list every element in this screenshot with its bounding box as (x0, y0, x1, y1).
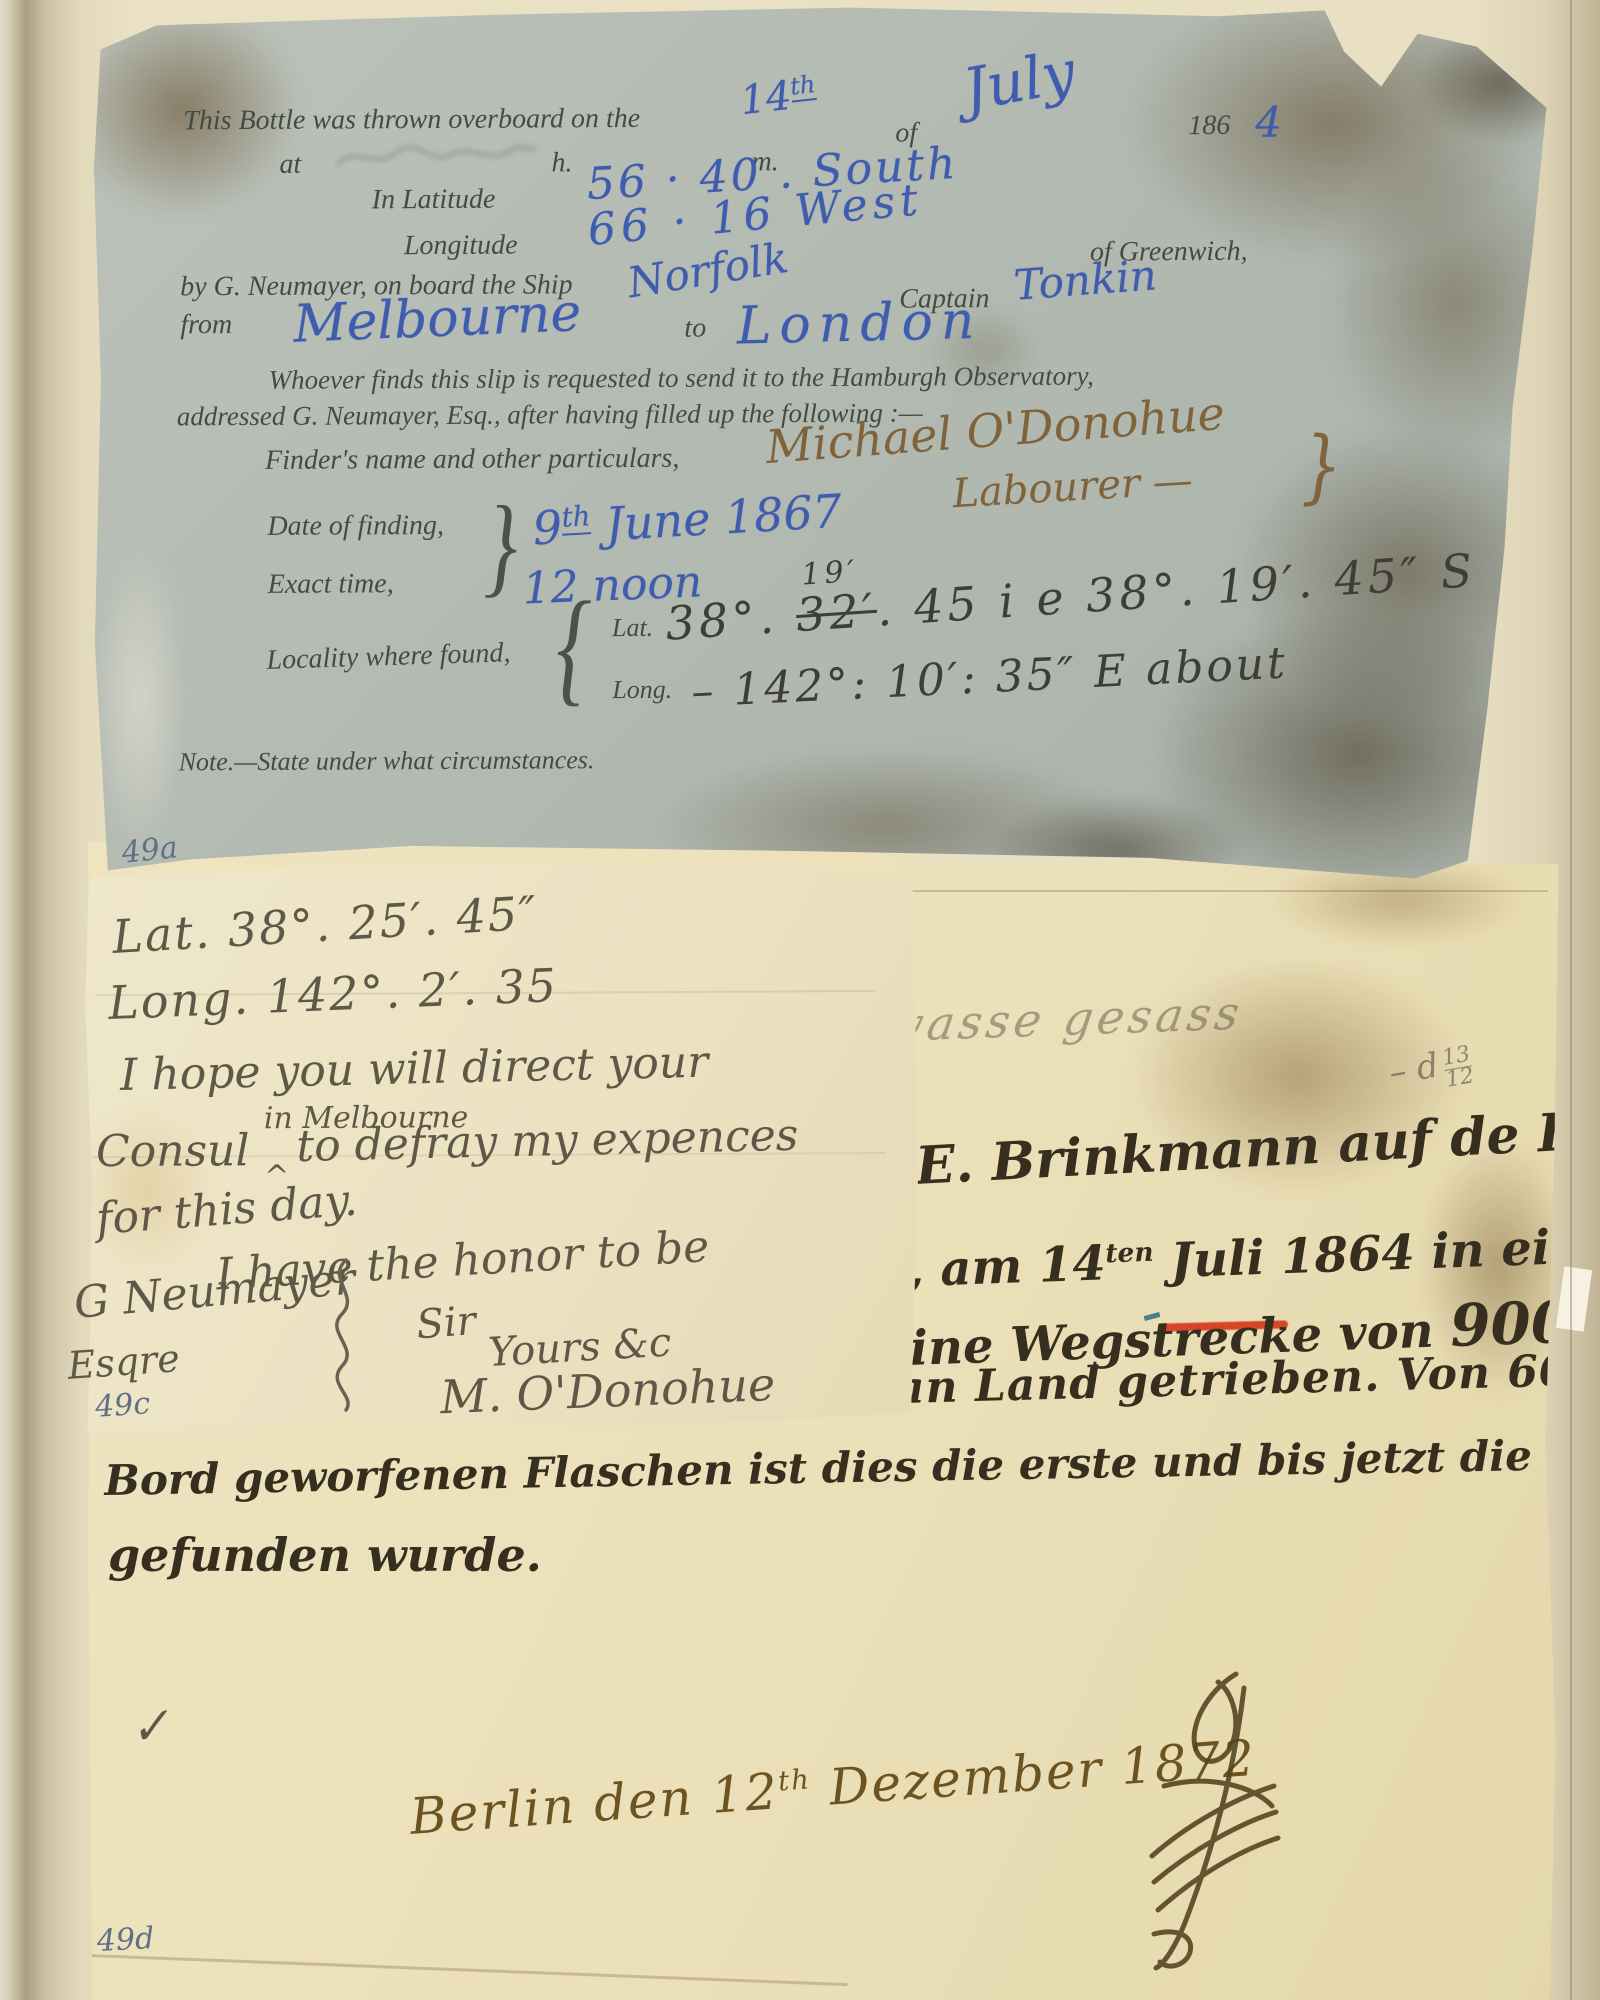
handwritten-year-digit: 4 (1255, 98, 1282, 147)
stain (1323, 142, 1585, 463)
printed-year: 186 (1188, 110, 1230, 142)
bottle-slip-form: This Bottle was thrown overboard on the … (83, 2, 1563, 890)
finder-occupation: Labourer — (951, 457, 1194, 517)
found-lat-label: Lat. (612, 613, 653, 643)
locality-label: Locality where found, (266, 637, 511, 677)
archive-label-49a: 49a (120, 830, 179, 871)
note-body-line-1: I hope you will direct your (119, 1037, 708, 1101)
latitude-label: In Latitude (372, 184, 496, 217)
longitude-label: Longitude (404, 230, 518, 263)
german-line-6: gefunden wurde. (108, 1528, 542, 1582)
note-body-line-2: to defray my expences (296, 1110, 799, 1172)
erased-pencil-scribble (331, 135, 541, 176)
form-intro-text: This Bottle was thrown overboard on the (183, 103, 640, 137)
german-line-2: —, am 14ten Juli 1864 in einer Flasche (858, 1209, 1600, 1300)
note-body-line-3: for this day. (94, 1175, 359, 1245)
locality-brace: { (556, 573, 593, 720)
page-edge-tear (1556, 1266, 1592, 1331)
note-sir: Sir (415, 1298, 478, 1348)
pencil-ref-d: – d (1386, 1045, 1442, 1093)
found-long-label: Long. (612, 675, 672, 705)
exact-time-label: Exact time, (268, 568, 394, 601)
worn-patch (94, 549, 186, 849)
addressee-brace (316, 1256, 366, 1416)
note-instruction: Note.—State under what circumstances. (179, 745, 595, 777)
finder-label: Finder's name and other particulars, (265, 443, 679, 477)
note-consul-word: Consul (96, 1125, 250, 1177)
request-line-1: Whoever finds this slip is requested to … (269, 361, 1094, 396)
note-latitude: Lat. 38°. 25′. 45″ (111, 885, 540, 963)
pencil-checkmark: ✓ (126, 1696, 174, 1757)
german-line-5: Bord geworfenen Flaschen ist dies die er… (104, 1423, 1600, 1505)
note-longitude: Long. 142°. 2′. 35 (107, 958, 559, 1030)
finding-brace: } (483, 482, 517, 611)
date-of-finding-value: 9th June 1867 (531, 484, 843, 556)
to-port: London (736, 291, 983, 357)
finder-note-paper: Lat. 38°. 25′. 45″ Long. 142°. 2′. 35 I … (85, 860, 920, 1434)
fold-crease (88, 1954, 848, 1986)
stain (1413, 22, 1594, 143)
archive-label-49d: 49d (96, 1921, 155, 1959)
archive-label-49c: 49c (94, 1386, 151, 1425)
page-edge-line (1570, 0, 1572, 2000)
german-line-1: E. Brinkmann auf de Heinrich (914, 1090, 1600, 1197)
handwritten-month: July (958, 37, 1080, 124)
hours-label: h. (551, 147, 572, 179)
from-port: Melbourne (292, 283, 582, 355)
pencil-kurrent-note: wasse gesass (880, 985, 1246, 1052)
pencil-reference-note: – d 1312 (1386, 1040, 1476, 1102)
stain (1123, 0, 1544, 264)
year-1864: 1864 (1280, 1225, 1415, 1286)
found-long-value: – 142°: 10′: 35″ E about (690, 638, 1289, 718)
at-label: at (279, 149, 301, 181)
addressee-title: Esqre (66, 1336, 181, 1388)
from-label: from (180, 309, 232, 341)
neumayer-signature (1068, 1666, 1308, 1976)
album-page: wasse gesass – d 1312 E. Brinkmann auf d… (0, 0, 1600, 2000)
handwritten-day: 14th (738, 70, 819, 124)
date-of-finding-label: Date of finding, (267, 510, 444, 543)
finder-brace: } (1301, 419, 1342, 512)
captain-name: Tonkin (1012, 250, 1158, 310)
found-lat-value: 38°. 32′19′. 45 i e 38°. 19′. 45″ S (664, 543, 1478, 651)
to-label: to (684, 313, 706, 345)
pencil-ref-fraction: 1312 (1441, 1045, 1476, 1092)
lat-correction: 32′19′ (794, 583, 878, 642)
